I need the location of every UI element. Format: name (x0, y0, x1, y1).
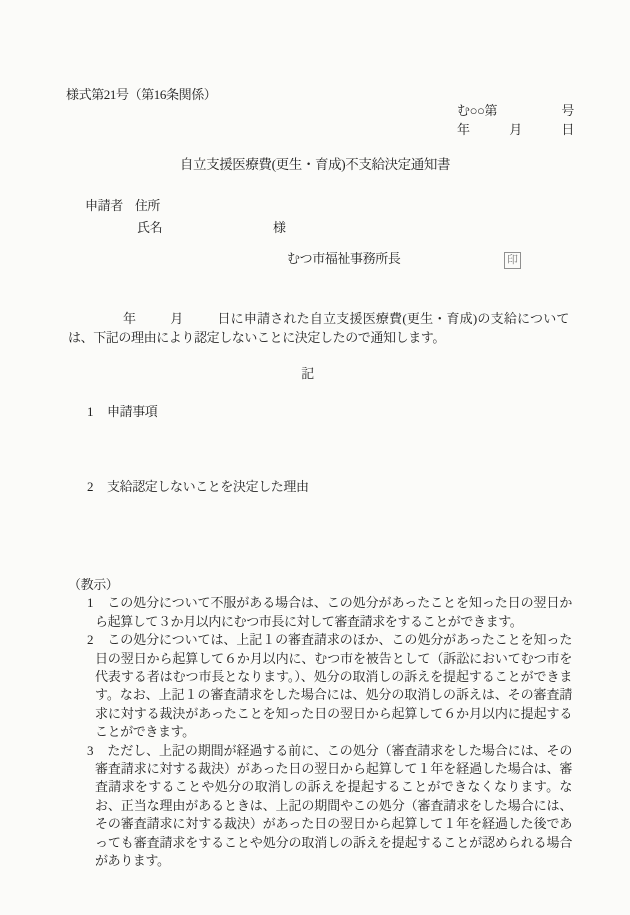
applicant-address-label: 住所 (135, 198, 160, 213)
application-date-day-slot: 日 (217, 311, 230, 326)
kyoji-section: （教示） 1この処分について不服がある場合は、この処分があったことを知った日の翌… (68, 576, 572, 871)
kyoji-heading: （教示） (68, 576, 572, 594)
document-title: 自立支援医療費(更生・育成)不支給決定通知書 (0, 156, 630, 174)
notification-text: に申請された自立支援医療費(更生・育成)の支給については、下記の理由により認定し… (68, 311, 569, 345)
notification-paragraph: 年月日に申請された自立支援医療費(更生・育成)の支給については、下記の理由により… (68, 309, 569, 347)
kyoji-item-1: 1この処分について不服がある場合は、この処分があったことを知った日の翌日から起算… (68, 594, 572, 631)
form-style-number: 様式第21号（第16条関係） (66, 86, 216, 104)
application-date-year-slot: 年 (123, 311, 136, 326)
issue-date-line: 年 月 日 (457, 121, 574, 139)
kyoji-item-2: 2この処分については、上記１の審査請求のほか、この処分があったことを知った日の翌… (68, 631, 572, 741)
kyoji-item-3-text: ただし、上記の期間が経過する前に、この処分（審査請求をした場合には、その審査請求… (95, 743, 572, 868)
kyoji-item-3-number: 3 (87, 742, 107, 760)
main-item-application-matters: 1申請事項 (87, 403, 157, 421)
kyoji-item-2-text: この処分については、上記１の審査請求のほか、この処分があったことを知った日の翌日… (95, 632, 572, 739)
applicant-name-label: 氏名 (137, 219, 162, 237)
kyoji-item-1-text: この処分について不服がある場合は、この処分があったことを知った日の翌日から起算し… (95, 595, 572, 628)
kyoji-item-3: 3ただし、上記の期間が経過する前に、この処分（審査請求をした場合には、その審査請… (68, 742, 572, 871)
document-number-line: む○○第 号 (457, 102, 574, 120)
main-item-2-number: 2 (87, 478, 107, 496)
application-date-month-slot: 月 (170, 311, 183, 326)
applicant-address-row: 申請者住所 (85, 197, 160, 215)
main-item-1-number: 1 (87, 403, 107, 421)
main-item-1-label: 申請事項 (107, 404, 157, 419)
ki-heading: 記 (0, 365, 615, 383)
main-item-2-label: 支給認定しないことを決定した理由 (107, 479, 309, 494)
document-number-suffix: 号 (561, 102, 574, 120)
applicant-label: 申請者 (85, 198, 123, 213)
seal-placeholder-icon: 印 (504, 252, 521, 269)
issue-date-year-label: 年 (457, 121, 470, 139)
document-page: 様式第21号（第16条関係） む○○第 号 年 月 日 自立支援医療費(更生・育… (0, 0, 630, 915)
applicant-honorific: 様 (273, 219, 286, 237)
main-item-denial-reason: 2支給認定しないことを決定した理由 (87, 478, 309, 496)
issuer-name: むつ市福祉事務所長 (287, 250, 400, 268)
kyoji-item-2-number: 2 (87, 631, 107, 649)
issue-date-day-label: 日 (561, 121, 574, 139)
document-number-prefix: む○○第 (457, 102, 497, 120)
kyoji-item-1-number: 1 (87, 594, 107, 612)
issue-date-month-label: 月 (509, 121, 522, 139)
